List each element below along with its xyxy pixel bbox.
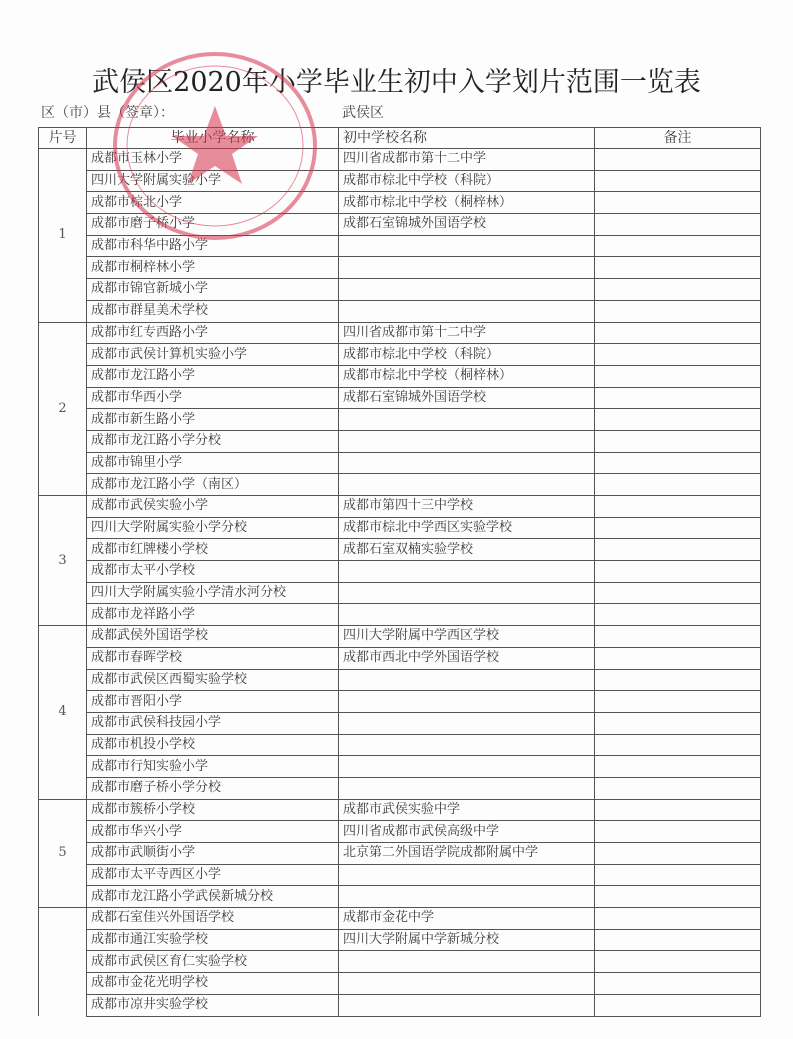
note-cell [595,799,761,821]
primary-school-cell: 成都市武侯区西蜀实验学校 [87,669,339,691]
note-cell [595,951,761,973]
primary-school-cell: 成都市通江实验学校 [87,929,339,951]
primary-school-cell: 成都市锦里小学 [87,452,339,474]
note-cell [595,973,761,995]
middle-school-cell: 四川省成都市第十二中学 [339,322,595,344]
note-cell [595,452,761,474]
middle-school-cell [339,235,595,257]
primary-school-cell: 四川大学附属实验小学 [87,170,339,192]
note-cell [595,496,761,518]
primary-school-cell: 成都市龙江路小学武侯新城分校 [87,886,339,908]
middle-school-cell: 成都市棕北中学校（科院） [339,344,595,366]
table-row: 成都市武侯区育仁实验学校 [39,951,761,973]
note-cell [595,235,761,257]
note-cell [595,712,761,734]
note-cell [595,626,761,648]
middle-school-cell: 成都石室锦城外国语学校 [339,214,595,236]
table-row: 4成都武侯外国语学校四川大学附属中学西区学校 [39,626,761,648]
table-row: 成都市金花光明学校 [39,973,761,995]
zoning-table: 片号 毕业小学名称 初中学校名称 备注 1成都市玉林小学四川省成都市第十二中学四… [38,127,761,1017]
primary-school-cell: 成都市棕北小学 [87,192,339,214]
note-cell [595,821,761,843]
primary-school-cell: 成都市红专西路小学 [87,322,339,344]
middle-school-cell [339,409,595,431]
primary-school-cell: 成都市桐梓林小学 [87,257,339,279]
primary-school-cell: 成都市龙江路小学分校 [87,430,339,452]
middle-school-cell: 成都市第四十三中学校 [339,496,595,518]
table-row: 成都市锦官新城小学 [39,279,761,301]
table-body: 1成都市玉林小学四川省成都市第十二中学四川大学附属实验小学成都市棕北中学校（科院… [39,149,761,1017]
note-cell [595,409,761,431]
table-row: 成都市红牌楼小学校成都石室双楠实验学校 [39,539,761,561]
note-cell [595,561,761,583]
middle-school-cell [339,734,595,756]
primary-school-cell: 成都市龙祥路小学 [87,604,339,626]
primary-school-cell: 成都市武侯区育仁实验学校 [87,951,339,973]
table-row: 成都市凉井实验学校 [39,994,761,1016]
middle-school-cell: 成都市棕北中学校（桐梓林） [339,365,595,387]
table-row: 成都市武顺街小学北京第二外国语学院成都附属中学 [39,843,761,865]
note-cell [595,344,761,366]
table-row: 成都市磨子桥小学成都石室锦城外国语学校 [39,214,761,236]
note-cell [595,214,761,236]
note-cell [595,777,761,799]
note-cell [595,864,761,886]
zone-number-cell: 2 [39,322,87,496]
middle-school-cell [339,864,595,886]
note-cell [595,669,761,691]
middle-school-cell: 成都市棕北中学校（科院） [339,170,595,192]
middle-school-cell: 成都石室锦城外国语学校 [339,387,595,409]
table-row: 成都市华兴小学四川省成都市武侯高级中学 [39,821,761,843]
primary-school-cell: 成都市磨子桥小学 [87,214,339,236]
table-row: 成都市通江实验学校四川大学附属中学新城分校 [39,929,761,951]
middle-school-cell [339,777,595,799]
primary-school-cell: 成都市行知实验小学 [87,756,339,778]
note-cell [595,756,761,778]
note-cell [595,474,761,496]
primary-school-cell: 成都市机投小学校 [87,734,339,756]
primary-school-cell: 成都市晋阳小学 [87,691,339,713]
table-row: 1成都市玉林小学四川省成都市第十二中学 [39,149,761,171]
primary-school-cell: 成都市华西小学 [87,387,339,409]
note-cell [595,322,761,344]
table-row: 成都市武侯区西蜀实验学校 [39,669,761,691]
primary-school-cell: 成都市华兴小学 [87,821,339,843]
note-cell [595,843,761,865]
middle-school-cell [339,951,595,973]
middle-school-cell [339,561,595,583]
header-middle-school: 初中学校名称 [339,128,595,149]
table-row: 成都市群星美术学校 [39,300,761,322]
middle-school-cell [339,430,595,452]
middle-school-cell [339,582,595,604]
table-row: 成都市晋阳小学 [39,691,761,713]
middle-school-cell: 成都市西北中学外国语学校 [339,647,595,669]
middle-school-cell [339,973,595,995]
header-note: 备注 [595,128,761,149]
table-header-row: 片号 毕业小学名称 初中学校名称 备注 [39,128,761,149]
primary-school-cell: 成都市龙江路小学（南区） [87,474,339,496]
primary-school-cell: 成都市锦官新城小学 [87,279,339,301]
note-cell [595,365,761,387]
table-row: 3成都市武侯实验小学成都市第四十三中学校 [39,496,761,518]
zone-number-cell: 5 [39,799,87,907]
note-cell [595,647,761,669]
note-cell [595,517,761,539]
middle-school-cell [339,994,595,1016]
note-cell [595,300,761,322]
table-row: 成都市锦里小学 [39,452,761,474]
note-cell [595,691,761,713]
middle-school-cell [339,886,595,908]
zone-number-cell [39,908,87,1016]
middle-school-cell: 成都市棕北中学西区实验学校 [339,517,595,539]
table-row: 四川大学附属实验小学清水河分校 [39,582,761,604]
note-cell [595,279,761,301]
table-row: 四川大学附属实验小学成都市棕北中学校（科院） [39,170,761,192]
table-row: 5成都市簇桥小学校成都市武侯实验中学 [39,799,761,821]
note-cell [595,192,761,214]
zone-number-cell: 1 [39,149,87,323]
table-row: 2成都市红专西路小学四川省成都市第十二中学 [39,322,761,344]
middle-school-cell: 成都市金花中学 [339,908,595,930]
note-cell [595,149,761,171]
middle-school-cell: 四川省成都市第十二中学 [339,149,595,171]
zone-number-cell: 3 [39,496,87,626]
primary-school-cell: 成都市群星美术学校 [87,300,339,322]
primary-school-cell: 成都市红牌楼小学校 [87,539,339,561]
note-cell [595,994,761,1016]
primary-school-cell: 成都市新生路小学 [87,409,339,431]
primary-school-cell: 四川大学附属实验小学清水河分校 [87,582,339,604]
middle-school-cell [339,604,595,626]
middle-school-cell [339,279,595,301]
middle-school-cell: 成都石室双楠实验学校 [339,539,595,561]
primary-school-cell: 成都市武顺街小学 [87,843,339,865]
middle-school-cell [339,452,595,474]
table-row: 四川大学附属实验小学分校成都市棕北中学西区实验学校 [39,517,761,539]
note-cell [595,257,761,279]
middle-school-cell [339,474,595,496]
note-cell [595,430,761,452]
middle-school-cell [339,756,595,778]
middle-school-cell [339,712,595,734]
table-row: 成都市龙江路小学武侯新城分校 [39,886,761,908]
middle-school-cell [339,669,595,691]
table-row: 成都石室佳兴外国语学校成都市金花中学 [39,908,761,930]
primary-school-cell: 成都市春晖学校 [87,647,339,669]
primary-school-cell: 成都市金花光明学校 [87,973,339,995]
middle-school-cell [339,691,595,713]
note-cell [595,539,761,561]
primary-school-cell: 成都市科华中路小学 [87,235,339,257]
middle-school-cell: 四川大学附属中学西区学校 [339,626,595,648]
header-zone: 片号 [39,128,87,149]
table-row: 成都市磨子桥小学分校 [39,777,761,799]
table-row: 成都市科华中路小学 [39,235,761,257]
table-row: 成都市太平寺西区小学 [39,864,761,886]
table-row: 成都市龙江路小学（南区） [39,474,761,496]
table-row: 成都市武侯科技园小学 [39,712,761,734]
primary-school-cell: 成都市玉林小学 [87,149,339,171]
middle-school-cell: 成都市武侯实验中学 [339,799,595,821]
table-row: 成都市武侯计算机实验小学成都市棕北中学校（科院） [39,344,761,366]
middle-school-cell: 四川省成都市武侯高级中学 [339,821,595,843]
note-cell [595,387,761,409]
table-row: 成都市春晖学校成都市西北中学外国语学校 [39,647,761,669]
header-primary-school: 毕业小学名称 [87,128,339,149]
primary-school-cell: 成都市武侯科技园小学 [87,712,339,734]
primary-school-cell: 成都石室佳兴外国语学校 [87,908,339,930]
primary-school-cell: 成都市龙江路小学 [87,365,339,387]
primary-school-cell: 成都市武侯实验小学 [87,496,339,518]
note-cell [595,582,761,604]
primary-school-cell: 成都市武侯计算机实验小学 [87,344,339,366]
district-label: 区（市）县（签章）： [41,102,174,122]
table-row: 成都市行知实验小学 [39,756,761,778]
primary-school-cell: 四川大学附属实验小学分校 [87,517,339,539]
middle-school-cell: 北京第二外国语学院成都附属中学 [339,843,595,865]
middle-school-cell: 成都市棕北中学校（桐梓林） [339,192,595,214]
table-row: 成都市龙江路小学成都市棕北中学校（桐梓林） [39,365,761,387]
table-row: 成都市太平小学校 [39,561,761,583]
middle-school-cell [339,257,595,279]
note-cell [595,170,761,192]
table-row: 成都市棕北小学成都市棕北中学校（桐梓林） [39,192,761,214]
note-cell [595,908,761,930]
note-cell [595,929,761,951]
primary-school-cell: 成都市太平小学校 [87,561,339,583]
district-value: 武侯区 [342,102,384,122]
note-cell [595,604,761,626]
table-row: 成都市龙江路小学分校 [39,430,761,452]
middle-school-cell [339,300,595,322]
primary-school-cell: 成都市太平寺西区小学 [87,864,339,886]
table-row: 成都市华西小学成都石室锦城外国语学校 [39,387,761,409]
table-row: 成都市桐梓林小学 [39,257,761,279]
zone-number-cell: 4 [39,626,87,800]
middle-school-cell: 四川大学附属中学新城分校 [339,929,595,951]
primary-school-cell: 成都市凉井实验学校 [87,994,339,1016]
note-cell [595,734,761,756]
note-cell [595,886,761,908]
primary-school-cell: 成都市磨子桥小学分校 [87,777,339,799]
table-row: 成都市机投小学校 [39,734,761,756]
primary-school-cell: 成都武侯外国语学校 [87,626,339,648]
table-row: 成都市新生路小学 [39,409,761,431]
document-title: 武侯区2020年小学毕业生初中入学划片范围一览表 [0,60,793,99]
table-row: 成都市龙祥路小学 [39,604,761,626]
primary-school-cell: 成都市簇桥小学校 [87,799,339,821]
